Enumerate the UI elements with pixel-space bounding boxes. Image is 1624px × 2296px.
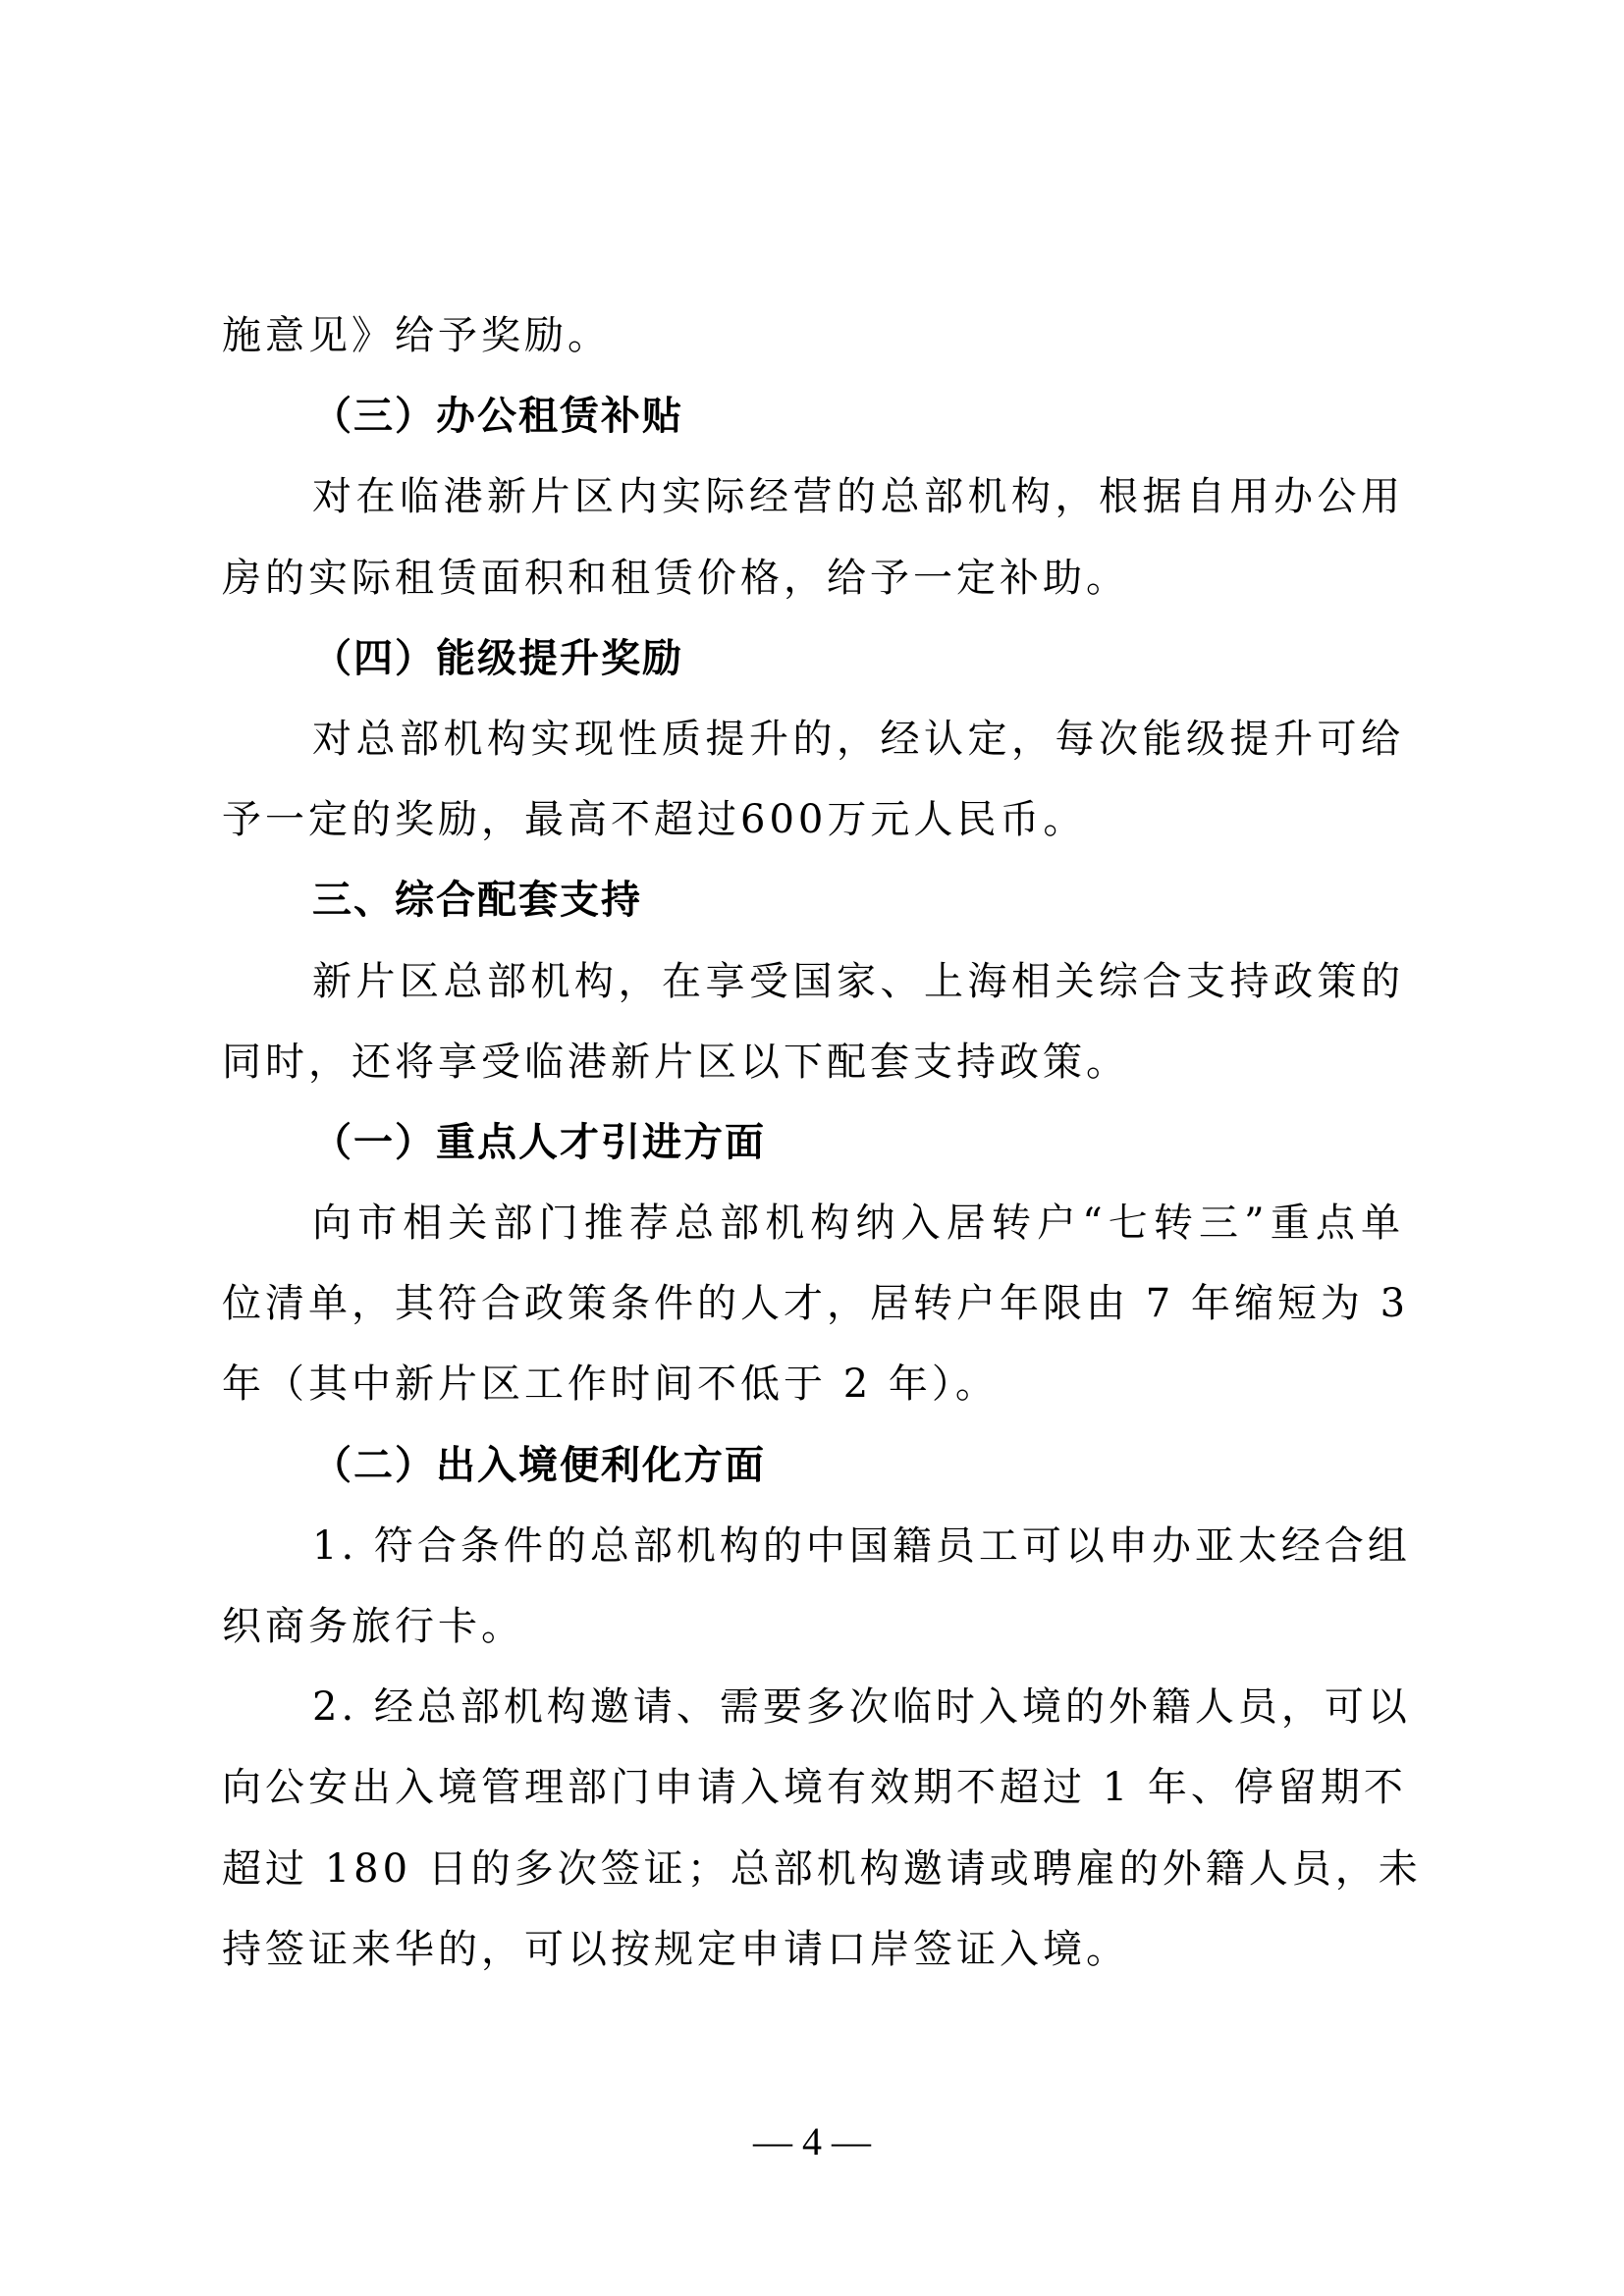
paragraph-line: 织商务旅行卡。 xyxy=(222,1586,1404,1667)
paragraph-line: 向公安出入境管理部门申请入境有效期不超过 1 年、停留期不 xyxy=(222,1747,1404,1828)
paragraph-line: 向市相关部门推荐总部机构纳入居转户“七转三”重点单 xyxy=(222,1183,1404,1263)
section-heading-comprehensive-support: 三、综合配套支持 xyxy=(222,860,1404,940)
paragraph-line: 年（其中新片区工作时间不低于 2 年）。 xyxy=(222,1344,1404,1424)
paragraph-line: 施意见》给予奖励。 xyxy=(222,295,1404,376)
paragraph-line: 同时，还将享受临港新片区以下配套支持政策。 xyxy=(222,1022,1404,1102)
document-body: 施意见》给予奖励。 （三）办公租赁补贴 对在临港新片区内实际经营的总部机构，根据… xyxy=(222,295,1404,1990)
subsection-heading-talent-introduction: （一）重点人才引进方面 xyxy=(222,1102,1404,1183)
document-page: 施意见》给予奖励。 （三）办公租赁补贴 对在临港新片区内实际经营的总部机构，根据… xyxy=(0,0,1624,2296)
subsection-heading-entry-exit-facilitation: （二）出入境便利化方面 xyxy=(222,1425,1404,1506)
paragraph-line: 1. 符合条件的总部机构的中国籍员工可以申办亚太经合组 xyxy=(222,1506,1404,1586)
page-number: — 4 — xyxy=(0,2118,1624,2164)
paragraph-line: 超过 180 日的多次签证；总部机构邀请或聘雇的外籍人员，未 xyxy=(222,1829,1404,1909)
subsection-heading-office-rent-subsidy: （三）办公租赁补贴 xyxy=(222,376,1404,456)
paragraph-line: 房的实际租赁面积和租赁价格，给予一定补助。 xyxy=(222,538,1404,618)
paragraph-line: 2. 经总部机构邀请、需要多次临时入境的外籍人员，可以 xyxy=(222,1667,1404,1747)
paragraph-line: 予一定的奖励，最高不超过600万元人民币。 xyxy=(222,779,1404,860)
paragraph-line: 持签证来华的，可以按规定申请口岸签证入境。 xyxy=(222,1909,1404,1990)
paragraph-line: 对总部机构实现性质提升的，经认定，每次能级提升可给 xyxy=(222,699,1404,779)
paragraph-line: 新片区总部机构，在享受国家、上海相关综合支持政策的 xyxy=(222,941,1404,1022)
subsection-heading-level-upgrade-reward: （四）能级提升奖励 xyxy=(222,618,1404,699)
paragraph-line: 对在临港新片区内实际经营的总部机构，根据自用办公用 xyxy=(222,456,1404,537)
paragraph-line: 位清单，其符合政策条件的人才，居转户年限由 7 年缩短为 3 xyxy=(222,1263,1404,1344)
